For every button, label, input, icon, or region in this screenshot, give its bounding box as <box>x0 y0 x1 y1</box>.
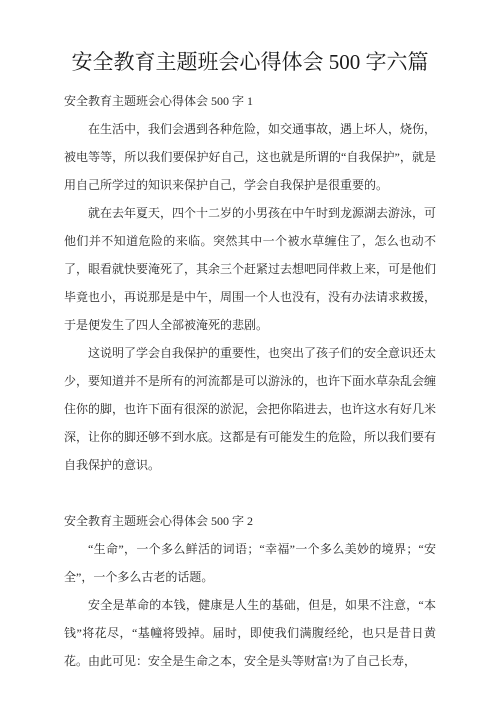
paragraph: 安全是革命的本钱，健康是人生的基础，但是，如果不注意，“本钱”将花尽，“基幢将毁… <box>64 591 436 675</box>
document-title: 安全教育主题班会心得体会 500 字六篇 <box>64 45 436 79</box>
document-page: 安全教育主题班会心得体会 500 字六篇 安全教育主题班会心得体会 500 字 … <box>0 0 500 707</box>
section-1: 安全教育主题班会心得体会 500 字 1 在生活中，我们会遇到各种危险，如交通事… <box>64 87 436 479</box>
paragraph: 在生活中，我们会遇到各种危险，如交通事故，遇上坏人，烧伤，被电等等，所以我们要保… <box>64 115 436 199</box>
paragraph: 就在去年夏天，四个十二岁的小男孩在中午时到龙源湖去游泳，可他们并不知道危险的来临… <box>64 199 436 339</box>
section-2: 安全教育主题班会心得体会 500 字 2 “生命”，一个多么鲜活的词语；“幸福”… <box>64 507 436 675</box>
paragraph: “生命”，一个多么鲜活的词语；“幸福”一个多么美妙的境界；“安全”，一个多么古老… <box>64 535 436 591</box>
section-1-heading: 安全教育主题班会心得体会 500 字 1 <box>64 87 436 115</box>
section-2-heading: 安全教育主题班会心得体会 500 字 2 <box>64 507 436 535</box>
paragraph: 这说明了学会自我保护的重要性，也突出了孩子们的安全意识还太少，要知道并不是所有的… <box>64 339 436 479</box>
